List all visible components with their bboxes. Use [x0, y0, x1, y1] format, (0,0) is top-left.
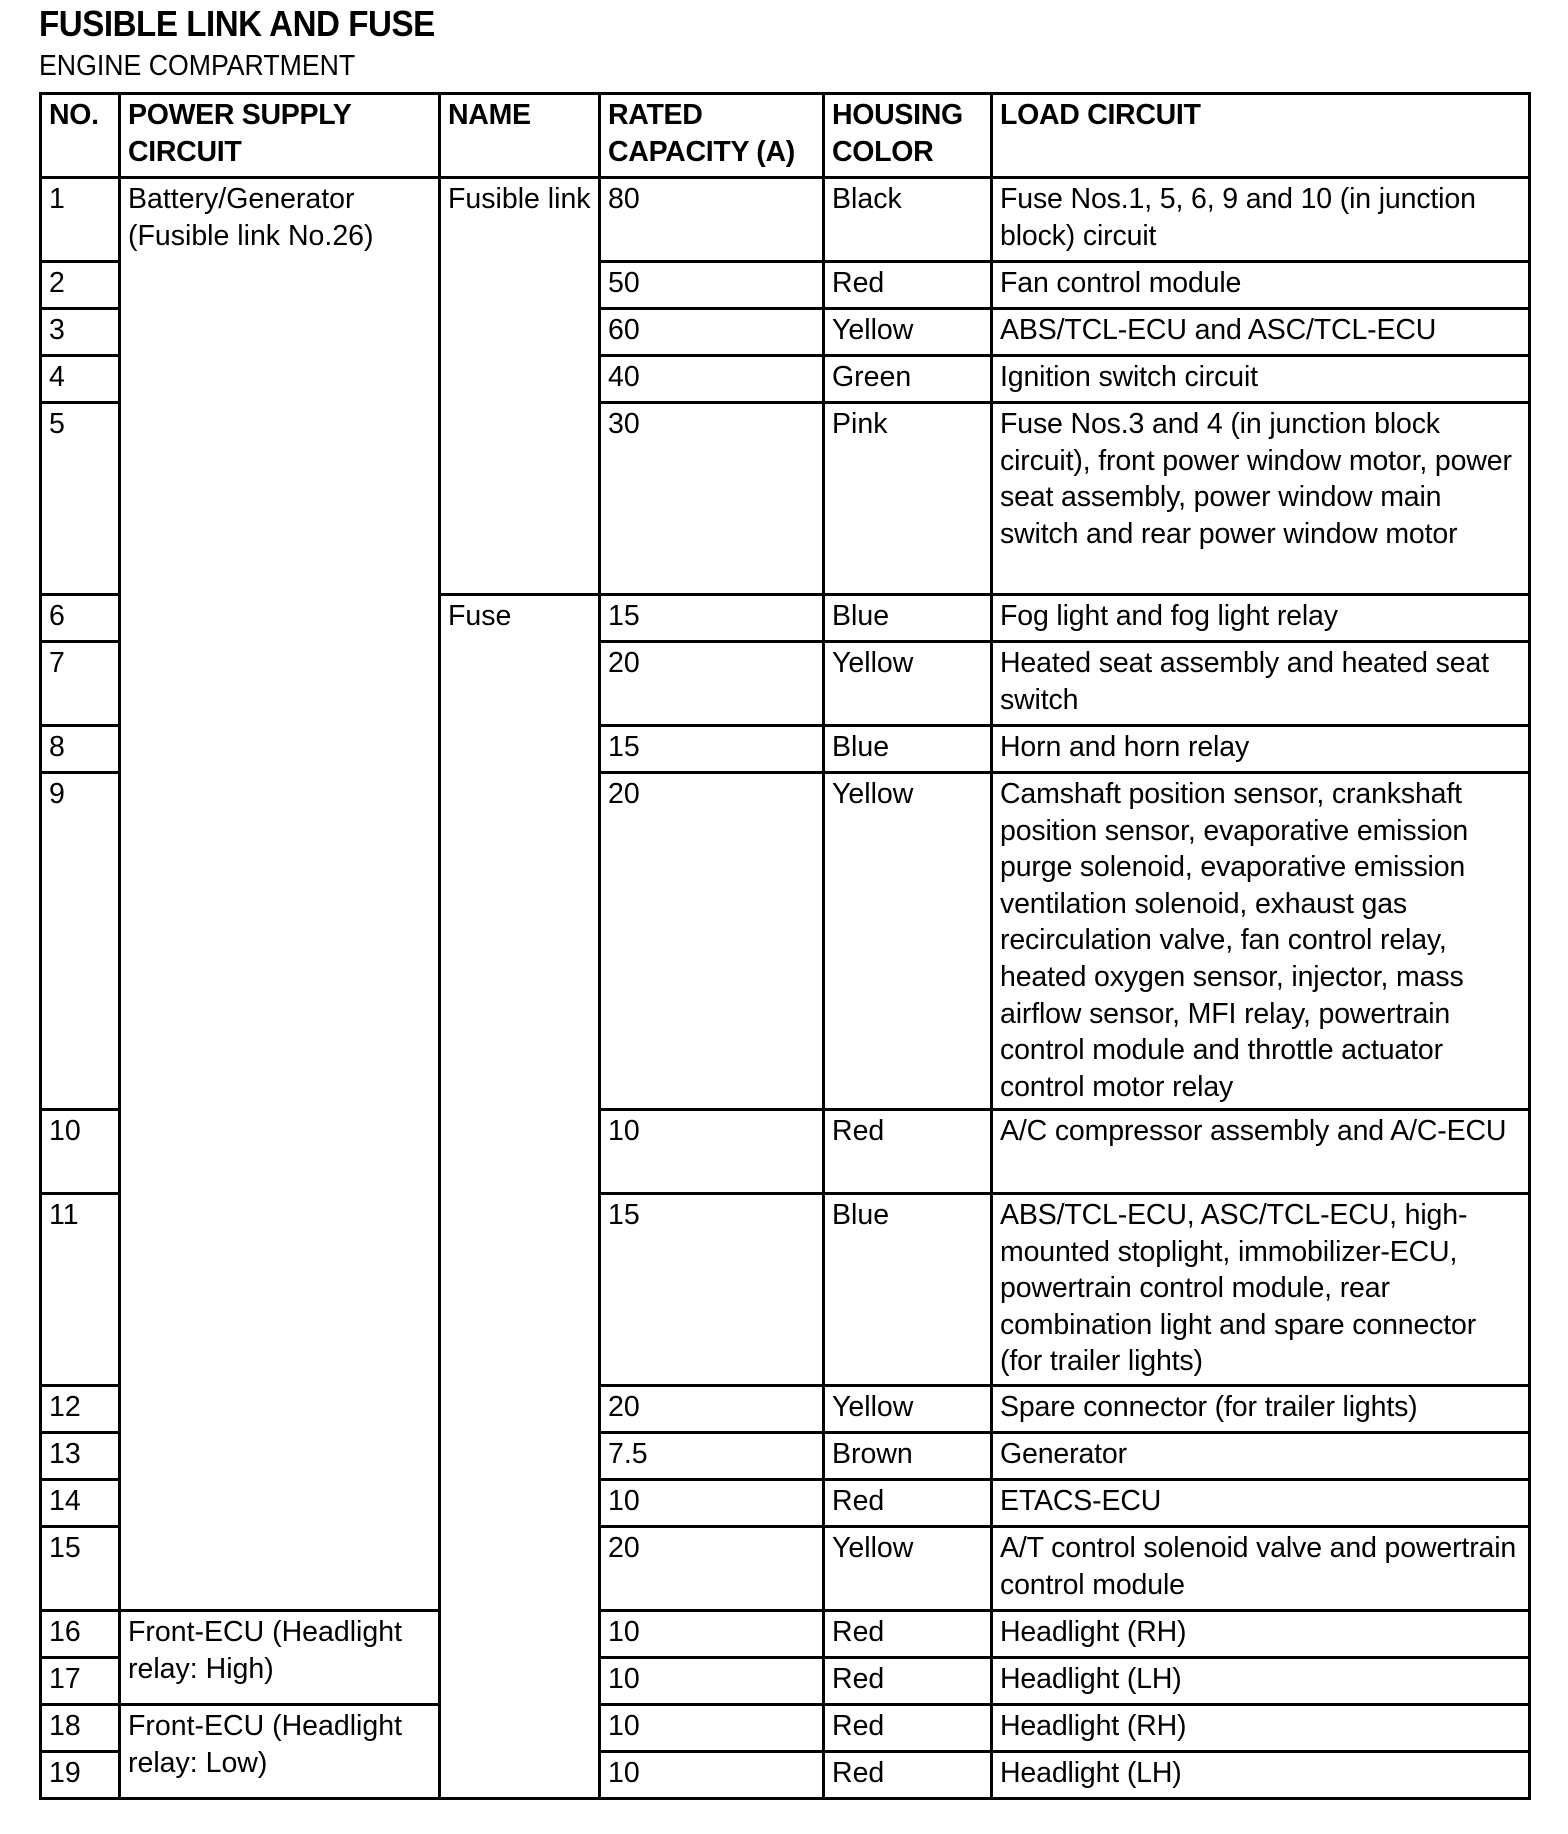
cell-power-supply-circuit: Front-ECU (Headlight relay: High) [120, 1611, 440, 1705]
cell-load: Fuse Nos.3 and 4 (in junction block circ… [992, 403, 1530, 595]
cell-no: 7 [41, 642, 120, 726]
cell-no: 12 [41, 1386, 120, 1433]
cell-power-supply-circuit: Battery/Generator (Fusible link No.26) [120, 178, 440, 1611]
cell-load: Fog light and fog light relay [992, 595, 1530, 642]
cell-color: Red [824, 1658, 992, 1705]
cell-load: Generator [992, 1433, 1530, 1480]
cell-no: 13 [41, 1433, 120, 1480]
cell-load: A/T control solenoid valve and powertrai… [992, 1527, 1530, 1611]
cell-no: 3 [41, 309, 120, 356]
cell-load: ABS/TCL-ECU and ASC/TCL-ECU [992, 309, 1530, 356]
cell-rated: 10 [600, 1110, 824, 1194]
cell-color: Red [824, 262, 992, 309]
cell-color: Red [824, 1110, 992, 1194]
table-row: 1 Battery/Generator (Fusible link No.26)… [41, 178, 1530, 262]
cell-load: A/C compressor assembly and A/C-ECU [992, 1110, 1530, 1194]
cell-no: 6 [41, 595, 120, 642]
cell-rated: 60 [600, 309, 824, 356]
cell-rated: 10 [600, 1752, 824, 1799]
cell-color: Blue [824, 726, 992, 773]
cell-load: Spare connector (for trailer lights) [992, 1386, 1530, 1433]
cell-no: 4 [41, 356, 120, 403]
table-row: 18 Front-ECU (Headlight relay: Low) 10 R… [41, 1705, 1530, 1752]
cell-rated: 10 [600, 1611, 824, 1658]
cell-color: Blue [824, 595, 992, 642]
cell-color: Green [824, 356, 992, 403]
cell-load: Headlight (LH) [992, 1658, 1530, 1705]
cell-no: 5 [41, 403, 120, 595]
cell-rated: 10 [600, 1480, 824, 1527]
cell-rated: 15 [600, 595, 824, 642]
header-row: NO. POWER SUPPLY CIRCUIT NAME RATED CAPA… [41, 94, 1530, 178]
cell-rated: 20 [600, 773, 824, 1110]
cell-load: Ignition switch circuit [992, 356, 1530, 403]
cell-load: Headlight (LH) [992, 1752, 1530, 1799]
fuse-table: NO. POWER SUPPLY CIRCUIT NAME RATED CAPA… [39, 92, 1531, 1800]
cell-rated: 10 [600, 1705, 824, 1752]
cell-no: 18 [41, 1705, 120, 1752]
cell-no: 10 [41, 1110, 120, 1194]
table-row: 16 Front-ECU (Headlight relay: High) 10 … [41, 1611, 1530, 1658]
cell-no: 15 [41, 1527, 120, 1611]
page-subtitle: ENGINE COMPARTMENT [39, 48, 355, 84]
cell-color: Yellow [824, 309, 992, 356]
cell-no: 2 [41, 262, 120, 309]
cell-rated: 40 [600, 356, 824, 403]
cell-color: Yellow [824, 642, 992, 726]
cell-color: Red [824, 1480, 992, 1527]
cell-load: Headlight (RH) [992, 1705, 1530, 1752]
cell-name: Fusible link [440, 178, 600, 595]
cell-load: Heated seat assembly and heated seat swi… [992, 642, 1530, 726]
cell-rated: 20 [600, 1386, 824, 1433]
cell-load: ABS/TCL-ECU, ASC/TCL-ECU, high-mounted s… [992, 1194, 1530, 1386]
cell-color: Red [824, 1752, 992, 1799]
cell-rated: 7.5 [600, 1433, 824, 1480]
cell-color: Blue [824, 1194, 992, 1386]
cell-no: 16 [41, 1611, 120, 1658]
cell-no: 11 [41, 1194, 120, 1386]
header-power-supply-circuit: POWER SUPPLY CIRCUIT [120, 94, 440, 178]
cell-power-supply-circuit: Front-ECU (Headlight relay: Low) [120, 1705, 440, 1799]
cell-color: Yellow [824, 1386, 992, 1433]
cell-color: Red [824, 1705, 992, 1752]
cell-load: Camshaft position sensor, crankshaft pos… [992, 773, 1530, 1110]
cell-rated: 15 [600, 726, 824, 773]
cell-no: 14 [41, 1480, 120, 1527]
header-rated-capacity: RATED CAPACITY (A) [600, 94, 824, 178]
cell-no: 17 [41, 1658, 120, 1705]
header-housing-color: HOUSING COLOR [824, 94, 992, 178]
cell-no: 1 [41, 178, 120, 262]
cell-load: Headlight (RH) [992, 1611, 1530, 1658]
cell-rated: 20 [600, 642, 824, 726]
page-title: FUSIBLE LINK AND FUSE [39, 2, 435, 46]
cell-load: Fuse Nos.1, 5, 6, 9 and 10 (in junction … [992, 178, 1530, 262]
cell-color: Brown [824, 1433, 992, 1480]
cell-rated: 80 [600, 178, 824, 262]
cell-name: Fuse [440, 595, 600, 1799]
cell-color: Pink [824, 403, 992, 595]
cell-rated: 30 [600, 403, 824, 595]
cell-no: 9 [41, 773, 120, 1110]
cell-load: Horn and horn relay [992, 726, 1530, 773]
header-load-circuit: LOAD CIRCUIT [992, 94, 1530, 178]
cell-rated: 50 [600, 262, 824, 309]
cell-color: Red [824, 1611, 992, 1658]
cell-rated: 20 [600, 1527, 824, 1611]
cell-load: Fan control module [992, 262, 1530, 309]
cell-color: Yellow [824, 773, 992, 1110]
header-name: NAME [440, 94, 600, 178]
header-no: NO. [41, 94, 120, 178]
cell-load: ETACS-ECU [992, 1480, 1530, 1527]
cell-color: Black [824, 178, 992, 262]
cell-color: Yellow [824, 1527, 992, 1611]
cell-rated: 15 [600, 1194, 824, 1386]
cell-no: 19 [41, 1752, 120, 1799]
cell-no: 8 [41, 726, 120, 773]
cell-rated: 10 [600, 1658, 824, 1705]
